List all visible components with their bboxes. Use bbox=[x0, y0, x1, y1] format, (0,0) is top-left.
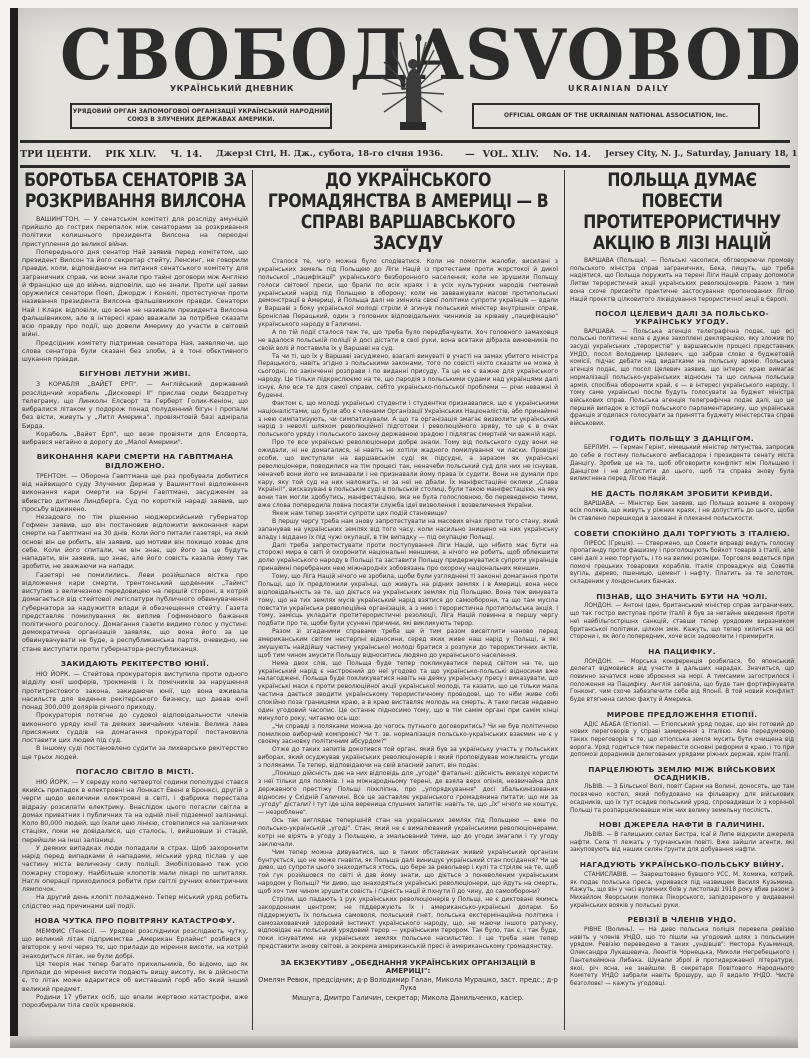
article-paragraph: Тому, що Ліга Націй нічого не зробила, щ… bbox=[258, 573, 558, 628]
signature-line: Омелян Ревюк, предсідник; д-р Володимир … bbox=[258, 977, 558, 993]
section-heading: НА ПАЦИФІКУ. bbox=[570, 648, 794, 656]
section-heading: ГОДИТЬ ПОЛЬЩУ З ДАНЦІГОМ. bbox=[570, 435, 794, 443]
newspaper-page: СВОБОДА SVOBODA УКРАЇНСЬКИЙ ДНЕВНИК UKRA… bbox=[10, 8, 798, 1048]
dateline: ТРИ ЦЕНТИ. РІК XLIV. Ч. 14. Джерзі Сіті,… bbox=[20, 140, 790, 168]
article-paragraph: ЛОНДОН. — Морська конференція розбилася,… bbox=[570, 659, 794, 705]
signature-heading: ЗА ЕКЗЕКУТИВУ „ОБЄДНАННЯ УКРАЇНСЬКИХ ОРГ… bbox=[258, 959, 558, 975]
article-paragraph: ВАРШАВА (Польща). — Польські часописи, о… bbox=[570, 258, 794, 304]
article-paragraph: З КОРАБЛЯ „ВАЙЕТ ЕРП". — Англійський дер… bbox=[22, 381, 248, 430]
article-paragraph: Сталося те, чого можна було сподіватися.… bbox=[258, 258, 558, 329]
page-bottom-edge bbox=[10, 1036, 798, 1048]
masthead-subtitle-english: UKRAINIAN DAILY bbox=[568, 84, 669, 93]
dateline-separator: — bbox=[465, 149, 475, 160]
section-heading: НЕ ДАСТЬ ПОЛЯКАМ ЗРОБИТИ КРИВДИ. bbox=[570, 490, 794, 498]
article-paragraph: АДІС АБАБА (Етіопія). — Етіопський уряд … bbox=[570, 722, 794, 761]
section-heading: ПАРЦЕЛЮЮТЬ ЗЕМЛЮ МІЖ ВІЙСЬКОВИХ ОСАДНИКІ… bbox=[570, 766, 794, 781]
article-paragraph: СТАНИСЛАВІВ. — Заарештовано бувшого УСС,… bbox=[570, 872, 794, 911]
article-paragraph: НЮ ЙОРК. — У середу коло четвертої годин… bbox=[22, 779, 248, 845]
issue-number-english: No. 14. bbox=[553, 149, 591, 160]
volume-english: VOL. XLIV. bbox=[483, 149, 539, 160]
section-heading: НОВІ ДЖЕРЕЛА НАФТИ В ГАЛИЧИНІ. bbox=[570, 821, 794, 829]
section-heading: БІГУНОВІ ЛЕТУНИ ЖИВІ. bbox=[22, 370, 248, 378]
article-paragraph: Фактом є, що молоді українські студенти … bbox=[258, 400, 558, 439]
article-column-3: ПОЛЬЩА ДУМАЄ ПОВЕСТИ ПРОТИТЕРОРИСТИЧНУ А… bbox=[570, 170, 794, 989]
article-paragraph: ЛОНДОН. — Антоні Іден, британський мініс… bbox=[570, 603, 794, 642]
article-paragraph: ВАРШАВА. — Польська агенція телеграфічна… bbox=[570, 329, 794, 429]
place-date-english: Jersey City, N. J., Saturday, January 18… bbox=[605, 149, 798, 159]
article-paragraph: На другий день клопіт поладжено. Тепер м… bbox=[22, 894, 248, 910]
headline-senators-wilson: БОРОТЬБА СЕНАТОРІВ ЗА РОЗКРИВАННЯ ВИЛСОН… bbox=[21, 170, 249, 212]
column-divider bbox=[252, 170, 253, 1030]
article-paragraph: Разом зі згаданими справами треба ще й т… bbox=[258, 628, 558, 660]
article-paragraph: В іншому суді постановлено судити за лих… bbox=[22, 745, 248, 761]
year-ukrainian: РІК XLIV. bbox=[105, 149, 156, 160]
article-paragraph: Про те все українські революціонери добр… bbox=[258, 439, 558, 510]
article-paragraph: Незадовго по тім рішенню нюджерсийський … bbox=[22, 514, 248, 572]
article-paragraph: Корабель „Вайет Ерп", що везе провіянти … bbox=[22, 431, 248, 447]
section-heading: ЗАКИДАЮТЬ РЕКІТЕРСТВО ЮНІЇ. bbox=[22, 660, 248, 668]
issue-number-ukrainian: Ч. 14. bbox=[170, 149, 202, 160]
article-paragraph: Нема двох слів, що Польща буде тепер пок… bbox=[258, 660, 558, 723]
article-paragraph: МЕМФИС (Тенесі). — Урядові розслідники р… bbox=[22, 928, 248, 961]
article-paragraph: У деяких випадках люди попадали в страх.… bbox=[22, 845, 248, 894]
article-column-1: БОРОТЬБА СЕНАТОРІВ ЗА РОЗКРИВАННЯ ВИЛСОН… bbox=[22, 170, 248, 1010]
masthead: СВОБОДА SVOBODA УКРАЇНСЬКИЙ ДНЕВНИК UKRA… bbox=[10, 8, 798, 136]
section-heading: ВИКОНАННЯ КАРИ СМЕРТИ НА ГАВПТМАНА ВІДЛО… bbox=[22, 453, 248, 469]
article-paragraph: Чим тепер можна дивуватися, що в таких о… bbox=[258, 849, 558, 896]
article-paragraph: Ця теорія має тепер багато прихильників,… bbox=[22, 961, 248, 994]
section-heading: НОВА ЧУТКА ПРО ПОВІТРЯНУ КАТАСТРОФУ. bbox=[22, 917, 248, 925]
page-edge bbox=[10, 8, 18, 1048]
article-paragraph: Та чи ті, що їх у Варшаві засуджено, вза… bbox=[258, 353, 558, 400]
article-paragraph: Якеж нам тепер заняти супроти цих подій … bbox=[258, 510, 558, 518]
article-paragraph: „Покищо дійсність дає на них відповідь д… bbox=[258, 770, 558, 817]
masthead-box-english: OFFICIAL ORGAN OF THE UKRAINIAN NATIONAL… bbox=[472, 103, 760, 129]
section-heading: МИРОВЕ ПРЕДЛОЖЕННЯ ЕТІОПІЇ. bbox=[570, 711, 794, 719]
section-heading: РЕВІЗІЇ В ЧЛЕНІВ УНДО. bbox=[570, 916, 794, 924]
masthead-box-ukrainian: УРЯДОВИЙ ОРГАН ЗАПОМОГОВОЇ ОРГАНІЗАЦІЇ У… bbox=[70, 103, 332, 129]
article-paragraph: Родини 17 убитих осіб, що впали жертвою … bbox=[22, 994, 248, 1010]
headline-poland-league-of-nations: ПОЛЬЩА ДУМАЄ ПОВЕСТИ ПРОТИТЕРОРИСТИЧНУ А… bbox=[569, 170, 795, 254]
section-heading: ПОГАСЛО СВІТЛО В МІСТІ. bbox=[22, 768, 248, 776]
article-paragraph: Предсідник комітету підтримав сенатора Н… bbox=[22, 340, 248, 365]
article-paragraph: Далі треба запротестувати проти поступув… bbox=[258, 542, 558, 574]
article-paragraph: „Чи справді з поляками можна до чогось п… bbox=[258, 723, 558, 747]
section-heading: НАГАДУЮТЬ УКРАЇНСЬКО-ПОЛЬСЬКУ ВІЙНУ. bbox=[570, 861, 794, 869]
price-ukrainian: ТРИ ЦЕНТИ. bbox=[20, 149, 91, 160]
article-paragraph: РІВНЕ (Волинь). — На диво польська поліц… bbox=[570, 927, 794, 989]
article-paragraph: ВАРШАВА. — Міністер Бек заявив, що Польщ… bbox=[570, 501, 794, 524]
article-paragraph: Ось так виглядає теперішній стан на укра… bbox=[258, 817, 558, 849]
article-paragraph: Газетярі не помилились. Леви розійшлася … bbox=[22, 572, 248, 654]
article-paragraph: БЕРЛИН. — Герман Герінг, німецький мініс… bbox=[570, 445, 794, 484]
column-divider bbox=[564, 170, 565, 1030]
section-heading: ПОСОЛ ЦЕЛЕВИЧ ДАЛІ ЗА ПОЛЬСЬКО-УКРАЇНСЬК… bbox=[570, 310, 794, 325]
signature-line: Мишуга, Дмитро Галичин, секретар; Микола… bbox=[258, 995, 558, 1003]
masthead-subtitle-ukrainian: УКРАЇНСЬКИЙ ДНЕВНИК bbox=[170, 84, 294, 93]
article-paragraph: ЛЬВІВ. — В галицьких селах Бистра, Ісаї … bbox=[570, 832, 794, 855]
article-paragraph: Отже до таких запитів докотився той орга… bbox=[258, 746, 558, 770]
article-paragraph: Прокураторія потягне до судової відповід… bbox=[22, 712, 248, 745]
article-paragraph: ВАШИНГТОН. — У сенатськім комітеті для р… bbox=[22, 216, 248, 249]
article-paragraph: ПІРЕОС (Греція). — Ствержено, що Совети … bbox=[570, 541, 794, 587]
article-paragraph: А по тій події сталося теж те, що треба … bbox=[258, 329, 558, 353]
article-paragraph: В першу чергу треба нам знову запротесту… bbox=[258, 518, 558, 542]
article-paragraph: Стріли, що падають з рук українських рев… bbox=[258, 896, 558, 951]
article-column-2: ДО УКРАЇНСЬКОГО ГРОМАДЯНСТВА В АМЕРИЦІ —… bbox=[258, 170, 558, 1002]
masthead-title-english: SVOBODA bbox=[465, 20, 798, 89]
statue-of-liberty-icon bbox=[380, 32, 446, 132]
headline-ukrainian-community-appeal: ДО УКРАЇНСЬКОГО ГРОМАДЯНСТВА В АМЕРИЦІ —… bbox=[264, 170, 553, 254]
section-heading: ПІЗНАВ, ЩО ЗНАЧИТЬ БУТИ НА ЧОЛІ. bbox=[570, 593, 794, 601]
section-heading: СОВЕТИ СПОКІЙНО ДАЛІ ТОРГУЮТЬ З ІТАЛІЄЮ. bbox=[570, 530, 794, 538]
article-paragraph: ТРЕНТОН. — Оборона Гавптмана ще раз проб… bbox=[22, 473, 248, 514]
article-paragraph: НЮ ЙОРК. — Стейтова прокураторія виступи… bbox=[22, 671, 248, 712]
article-paragraph: ЛЬВІВ. — З Більської Волі, повіт Сарни н… bbox=[570, 784, 794, 815]
article-paragraph: Попереднього дня сенатор Най заявив пере… bbox=[22, 249, 248, 340]
place-date-ukrainian: Джерзі Сіті, Н. Дж., субота, 18-го січня… bbox=[216, 149, 443, 159]
